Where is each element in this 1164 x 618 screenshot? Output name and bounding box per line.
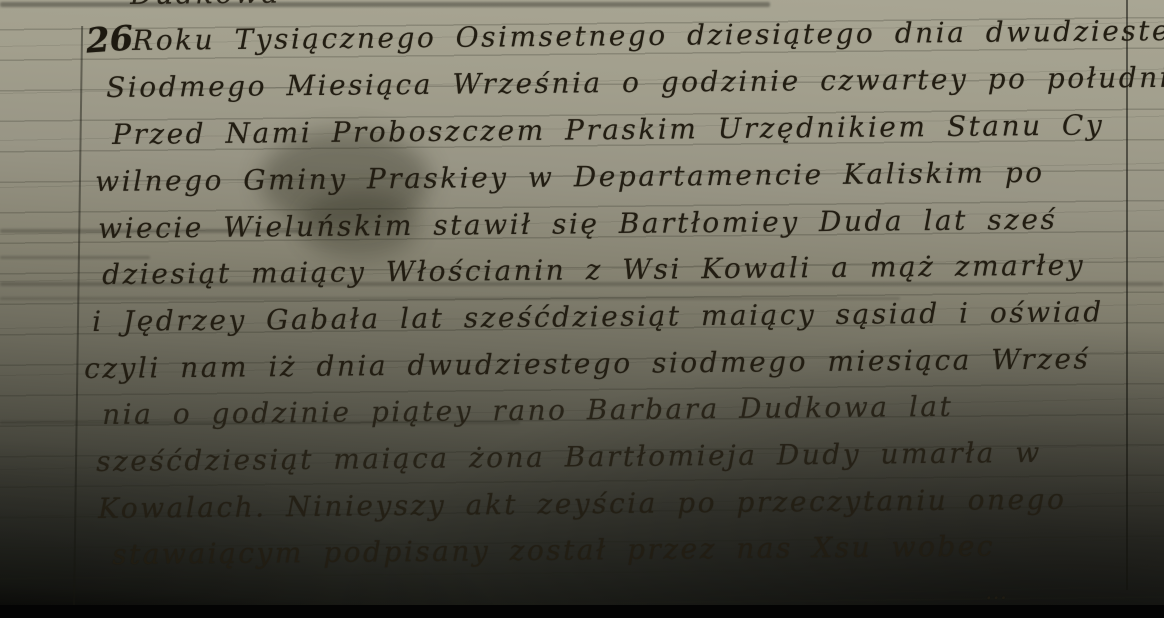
manuscript-line: Siodmego Miesiąca Września o godzinie cz… [106, 61, 1164, 104]
manuscript-line: Przed Nami Proboszczem Praskim Urzędniki… [112, 108, 1104, 151]
manuscript-line: stawaiącym podpisany został przez nas Xs… [112, 530, 995, 571]
manuscript-line: czyli nam iż dnia dwudziestego siodmego … [84, 342, 1091, 385]
entry-number: 26 [85, 18, 135, 61]
manuscript-line: i Jędrzey Gabała lat sześćdziesiąt maiąc… [92, 295, 1104, 338]
manuscript-line: wiecie Wieluńskim stawił się Bartłomiey … [98, 203, 1057, 245]
left-column-rule [73, 26, 83, 618]
manuscript-line: dziesiąt maiący Włościanin z Wsi Kowali … [102, 249, 1085, 291]
manuscript-line: Kowalach. Ninieyszy akt zeyścia po przec… [98, 483, 1067, 525]
manuscript-line: wilnego Gminy Praskiey w Departamencie K… [95, 156, 1045, 198]
photo-edge-shadow [0, 605, 1164, 618]
manuscript-line: Roku Tysiącznego Osimsetnego dziesiątego… [132, 14, 1164, 57]
manuscript-line-fragment: … [985, 580, 1010, 605]
manuscript-line: nia o godzinie piątey rano Barbara Dudko… [102, 390, 953, 431]
paper-streak-top [0, 2, 770, 7]
manuscript-photo: 26 Dudkowa Roku Tysiącznego Osimsetnego … [0, 0, 1164, 618]
manuscript-line: sześćdziesiąt maiąca żona Bartłomieja Du… [96, 436, 1042, 478]
manuscript-line-header: Dudkowa [130, 0, 281, 11]
